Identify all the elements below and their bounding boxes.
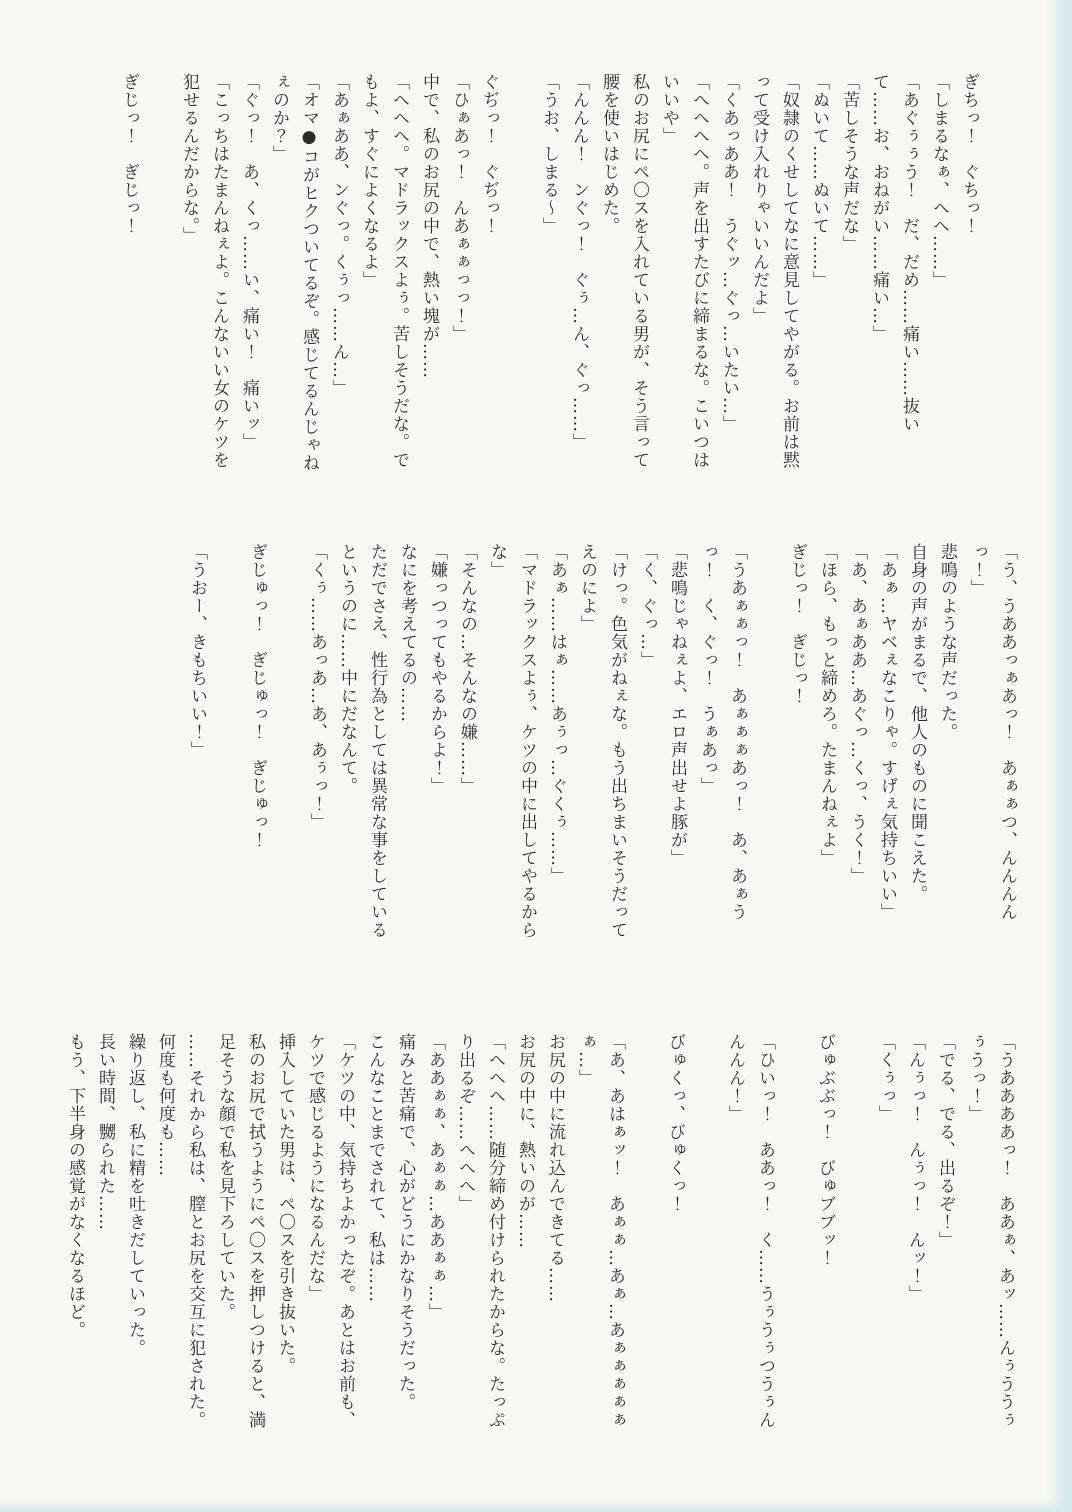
paragraph: お尻の中に、熱いのが…… (510, 1033, 540, 1435)
paragraph: 「ひぁあっ！ んあぁぁっっ！」 (444, 73, 474, 475)
blank-line (272, 543, 302, 945)
paragraph: 「ひいっ！ ああっ！ く……うぅうぅつうぅんんんん！」 (720, 1033, 780, 1435)
blank-line (144, 73, 174, 475)
paragraph: 「こっちはたまんねぇよ。こんないい女のケツを犯せるんだからな。」 (174, 73, 234, 475)
paragraph: 「く、ぐっ…」 (632, 543, 662, 945)
scan-edge-bottom (0, 1500, 1072, 1512)
paragraph: 「へへへ……随分締め付けられたからな。たっぷり出るぞ……へへへ」 (450, 1033, 510, 1435)
paragraph: 「へへへへ。声を出すたびに締まるな。こいつはいいや」 (654, 73, 714, 475)
paragraph: 私のお尻にペ〇スを入れている男が、そう言って腰を使いはじめた。 (594, 73, 654, 475)
paragraph: ただでさえ、性行為としては異常な事をしているというのに……中にだなんて。 (332, 543, 392, 945)
blank-line (630, 1033, 660, 1435)
paragraph: なにを考えてるの…… (392, 543, 422, 945)
paragraph: 自身の声がまるで、他人のものに聞こえた。 (902, 543, 932, 945)
paragraph: 「そんなの…そんなの嫌……」 (452, 543, 482, 945)
blank-line (780, 1033, 810, 1435)
paragraph: 「奴隷のくせしてなに意見してやがる。お前は黙って受け入れりゃいいんだよ」 (744, 73, 804, 475)
paragraph: 「ケツの中、気持ちよかったぞ。あとはお前も、ケツで感じるようになるんだな」 (300, 1033, 360, 1435)
paragraph: 痛みと苦痛で、心がどうにかなりそうだった。 (390, 1033, 420, 1435)
paragraph: こんなことまでされて、私は…… (360, 1033, 390, 1435)
paragraph: 何度も何度も…… (150, 1033, 180, 1435)
paragraph: 「嫌っつってもやるからよ！」 (422, 543, 452, 945)
paragraph: お尻の中に流れ込んできてる…… (540, 1033, 570, 1435)
novel-page: ぎちっ！ ぐちっ！「しまるなぁ、へへ……」「あぐぅぅう！ だ、だめ……痛い……抜… (0, 0, 1072, 1512)
paragraph: 私のお尻で拭うようにペ〇スを押しつけると、満足そうな顔で私を見下ろしていた。 (210, 1033, 270, 1435)
paragraph: 「んんん！ ンぐっ！ ぐぅ…ん、ぐっ……」 (564, 73, 594, 475)
paragraph: 「マドラックスよぅ、ケツの中に出してやるからな」 (482, 543, 542, 945)
blank-line (752, 543, 782, 945)
scan-edge-right (1046, 0, 1072, 1512)
blank-line (504, 73, 534, 475)
paragraph: ぎじっ！ ぎじっ！ (114, 73, 144, 475)
paragraph: ぐぢっ！ ぐぢっ！ (474, 73, 504, 475)
text-section-middle: 「う、うああっぁあっ！ あぁぁつ、んんんんっ！」悲鳴のような声だった。自身の声が… (182, 543, 1022, 945)
paragraph: 「あ、あぁああ…あぐっ…くっ、うく！」 (842, 543, 872, 945)
paragraph: 「う、うああっぁあっ！ あぁぁつ、んんんんっ！」 (962, 543, 1022, 945)
paragraph: 「んぅっ！ んぅっ！ んッ！」 (900, 1033, 930, 1435)
paragraph: ぎじゅっ！ ぎじゅっ！ ぎじゅっ！ (242, 543, 272, 945)
text-section-bottom: 「うああああっ！ ああぁ、あッ……んぅううぅぅうっ！」「でる、でる、出るぞ！」「… (60, 1033, 1020, 1435)
paragraph: 挿入していた男は、ペ〇スを引き抜いた。 (270, 1033, 300, 1435)
paragraph: 「しまるなぁ、へへ……」 (924, 73, 954, 475)
paragraph: 「うおー、きもちいい！」 (182, 543, 212, 945)
paragraph: 「ああぁぁ、あぁぁ…ああぁぁ…」 (420, 1033, 450, 1435)
paragraph: 「くぅ……あっあ…あ、あぅっ！」 (302, 543, 332, 945)
paragraph: 「あぁ……はぁ……あぅっ…ぐくぅ……」 (542, 543, 572, 945)
paragraph: 「うああああっ！ ああぁ、あッ……んぅううぅぅうっ！」 (960, 1033, 1020, 1435)
paragraph: 悲鳴のような声だった。 (932, 543, 962, 945)
paragraph: 「うお、しまる～」 (534, 73, 564, 475)
paragraph: 「あぁ…ヤベぇなこりゃ。すげぇ気持ちいい」 (872, 543, 902, 945)
paragraph: ……それから私は、膣とお尻を交互に犯された。 (180, 1033, 210, 1435)
paragraph: 「オマ●コがヒクついてるぞ。感じてるんじゃねぇのか？」 (264, 73, 324, 475)
paragraph: 「くあっああ！ うぐッ…ぐっ…いたい…」 (714, 73, 744, 475)
paragraph: びゅくっ、びゅくっ！ (660, 1033, 690, 1435)
paragraph: 中で、私のお尻の中で、熱い塊が…… (414, 73, 444, 475)
paragraph: 「あぐぅぅう！ だ、だめ……痛い……抜いて……お、おねがい……痛い…」 (864, 73, 924, 475)
paragraph: びゅぶぶっ！ びゅブブッ！ (810, 1033, 840, 1435)
blank-line (212, 543, 242, 945)
paragraph: 「苦しそうな声だな」 (834, 73, 864, 475)
paragraph: 「ぐっ！ あ、くっ……い、痛い！ 痛いッ」 (234, 73, 264, 475)
paragraph: 「悲鳴じゃねぇよ、エロ声出せよ豚が」 (662, 543, 692, 945)
paragraph: 「あぁああ、ンぐっ。くぅっ……ん…」 (324, 73, 354, 475)
paragraph: 「へへへ。マドラックスよぅ。苦しそうだな。でもよ、すぐによくなるよ」 (354, 73, 414, 475)
paragraph: 長い時間、嬲られた…… (90, 1033, 120, 1435)
text-section-top: ぎちっ！ ぐちっ！「しまるなぁ、へへ……」「あぐぅぅう！ だ、だめ……痛い……抜… (114, 73, 984, 475)
paragraph: 「でる、でる、出るぞ！」 (930, 1033, 960, 1435)
paragraph: 「くぅっ」 (870, 1033, 900, 1435)
paragraph: ぎじっ！ ぎじっ！ (782, 543, 812, 945)
paragraph: 繰り返し、私に精を吐きだしていった。 (120, 1033, 150, 1435)
paragraph: 「ほら、もっと締めろ。たまんねぇよ」 (812, 543, 842, 945)
paragraph: ぎちっ！ ぐちっ！ (954, 73, 984, 475)
paragraph: もう、下半身の感覚がなくなるほど。 (60, 1033, 90, 1435)
paragraph: 「けっ。色気がねぇな。もう出ちまいそうだってえのによ」 (572, 543, 632, 945)
paragraph: 「うあぁぁっ！ あぁぁぁあっ！ あ、あぁうっ！ く、ぐっ！ うぁあっ」 (692, 543, 752, 945)
blank-line (690, 1033, 720, 1435)
blank-line (840, 1033, 870, 1435)
paragraph: 「あ、あはぁッ！ あぁぁ…あぁ…あぁぁぁぁぁぁ…」 (570, 1033, 630, 1435)
paragraph: 「ぬいて……ぬいて……」 (804, 73, 834, 475)
